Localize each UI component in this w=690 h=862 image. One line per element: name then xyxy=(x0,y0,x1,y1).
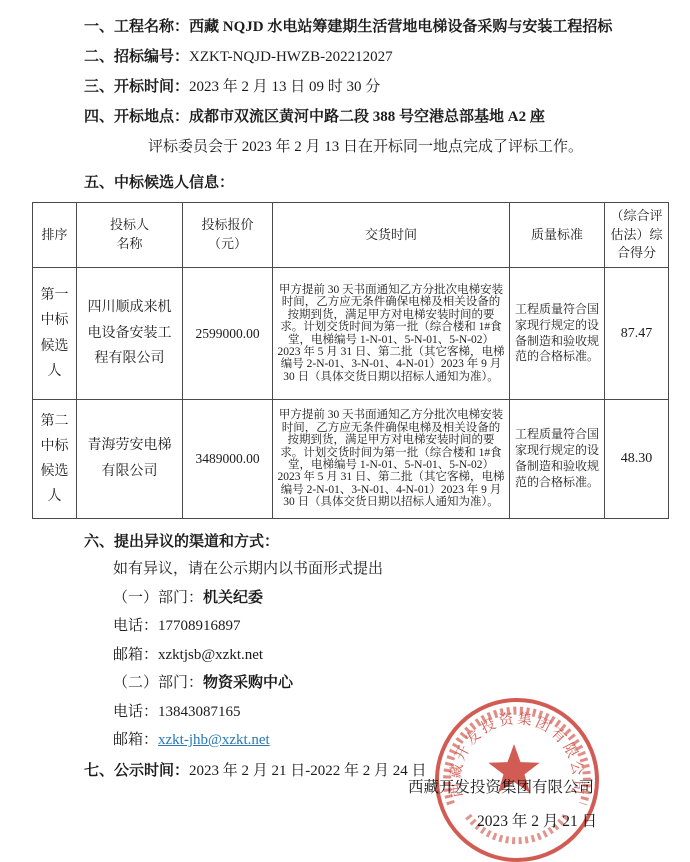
candidate-row-first: 第一中标候选人 四川顺成来机电设备安装工程有限公司 2599000.00 甲方提… xyxy=(33,268,669,400)
rank-cell: 第二中标候选人 xyxy=(33,400,77,519)
quality-cell: 工程质量符合国家现行规定的设备制造和验收规范的合格标准。 xyxy=(510,268,605,400)
score-cell: 48.30 xyxy=(605,400,669,519)
bid-number-line: 二、招标编号：XZKT-NQJD-HWZB-202212027 xyxy=(84,42,670,72)
candidates-heading: 五、中标候选人信息： xyxy=(84,170,670,196)
phone2-line: 电话：13843087165 xyxy=(113,698,670,727)
open-time-value: 2023 年 2 月 13 日 09 时 30 分 xyxy=(189,79,380,95)
project-name-value: 西藏 NQJD 水电站筹建期生活营地电梯设备采购与安装工程招标 xyxy=(189,19,612,35)
price-cell: 3489000.00 xyxy=(183,400,273,519)
signature-date: 2023 年 2 月 21 日 xyxy=(477,809,597,831)
phone2-value: 13843087165 xyxy=(158,704,241,720)
table-header-row: 排序 投标人 名称 投标报价 （元） 交货时间 质量标准 （综合评估法）综合得分 xyxy=(33,203,669,268)
header-price: 投标报价 （元） xyxy=(183,203,273,268)
phone2-label: 电话： xyxy=(113,704,158,720)
header-rank: 排序 xyxy=(33,203,77,268)
email1-line: 邮箱：xzktjsb@xzkt.net xyxy=(113,641,670,670)
header-score: （综合评估法）综合得分 xyxy=(605,203,669,268)
email2-link[interactable]: xzkt-jhb@xzkt.net xyxy=(158,732,270,748)
open-place-value: 成都市双流区黄河中路二段 388 号空港总部基地 A2 座 xyxy=(189,109,545,125)
price-cell: 2599000.00 xyxy=(183,268,273,400)
phone1-label: 电话： xyxy=(113,618,158,634)
bid-announcement-document: 一、工程名称：西藏 NQJD 水电站筹建期生活营地电梯设备采购与安装工程招标 二… xyxy=(0,0,690,862)
score-cell: 87.47 xyxy=(605,268,669,400)
bidder-cell: 四川顺成来机电设备安装工程有限公司 xyxy=(77,268,183,400)
header-quality: 质量标准 xyxy=(510,203,605,268)
delivery-cell: 甲方提前 30 天书面通知乙方分批次电梯安装时间，乙方应无条件确保电梯及相关设备… xyxy=(273,268,510,400)
phone1-line: 电话：17708916897 xyxy=(113,612,670,641)
publicity-time-value: 2023 年 2 月 21 日-2022 年 2 月 24 日 xyxy=(189,763,427,779)
dept2-line: （二）部门：物资采购中心 xyxy=(113,669,670,698)
phone1-value: 17708916897 xyxy=(158,618,241,634)
open-time-line: 三、开标时间：2023 年 2 月 13 日 09 时 30 分 xyxy=(84,72,670,102)
project-name-line: 一、工程名称：西藏 NQJD 水电站筹建期生活营地电梯设备采购与安装工程招标 xyxy=(84,12,670,42)
email1-label: 邮箱： xyxy=(113,647,158,663)
dept2-value: 物资采购中心 xyxy=(203,674,293,691)
objection-heading: 六、提出异议的渠道和方式： xyxy=(84,529,670,555)
email2-label: 邮箱： xyxy=(113,732,158,748)
quality-cell: 工程质量符合国家现行规定的设备制造和验收规范的合格标准。 xyxy=(510,400,605,519)
email2-line: 邮箱：xzkt-jhb@xzkt.net xyxy=(113,726,670,755)
delivery-cell: 甲方提前 30 天书面通知乙方分批次电梯安装时间，乙方应无条件确保电梯及相关设备… xyxy=(273,400,510,519)
open-time-label: 三、开标时间： xyxy=(84,78,189,95)
signature-company: 西藏开发投资集团有限公司 xyxy=(408,775,594,797)
candidate-row-second: 第二中标候选人 青海劳安电梯有限公司 3489000.00 甲方提前 30 天书… xyxy=(33,400,669,519)
dept1-value: 机关纪委 xyxy=(203,589,263,606)
bidder-cell: 青海劳安电梯有限公司 xyxy=(77,400,183,519)
document-body: 一、工程名称：西藏 NQJD 水电站筹建期生活营地电梯设备采购与安装工程招标 二… xyxy=(0,0,690,785)
open-place-line: 四、开标地点：成都市双流区黄河中路二段 388 号空港总部基地 A2 座 xyxy=(84,102,670,132)
candidates-table: 排序 投标人 名称 投标报价 （元） 交货时间 质量标准 （综合评估法）综合得分… xyxy=(32,202,669,519)
bid-number-label: 二、招标编号： xyxy=(84,48,189,65)
objection-intro: 如有异议，请在公示期内以书面形式提出 xyxy=(113,555,670,584)
project-name-label: 一、工程名称： xyxy=(84,18,189,35)
open-place-label: 四、开标地点： xyxy=(84,108,189,125)
email1-value: xzktjsb@xzkt.net xyxy=(158,647,263,663)
dept2-label: （二）部门： xyxy=(113,675,203,691)
dept1-line: （一）部门：机关纪委 xyxy=(113,584,670,613)
dept1-label: （一）部门： xyxy=(113,590,203,606)
bid-number-value: XZKT-NQJD-HWZB-202212027 xyxy=(189,49,393,65)
header-bidder: 投标人 名称 xyxy=(77,203,183,268)
evaluation-note: 评标委员会于 2023 年 2 月 13 日在开标同一地点完成了评标工作。 xyxy=(148,132,670,162)
rank-cell: 第一中标候选人 xyxy=(33,268,77,400)
publicity-time-label: 七、公示时间： xyxy=(84,762,189,779)
header-delivery: 交货时间 xyxy=(273,203,510,268)
objection-details: 如有异议，请在公示期内以书面形式提出 （一）部门：机关纪委 电话：1770891… xyxy=(113,555,670,755)
